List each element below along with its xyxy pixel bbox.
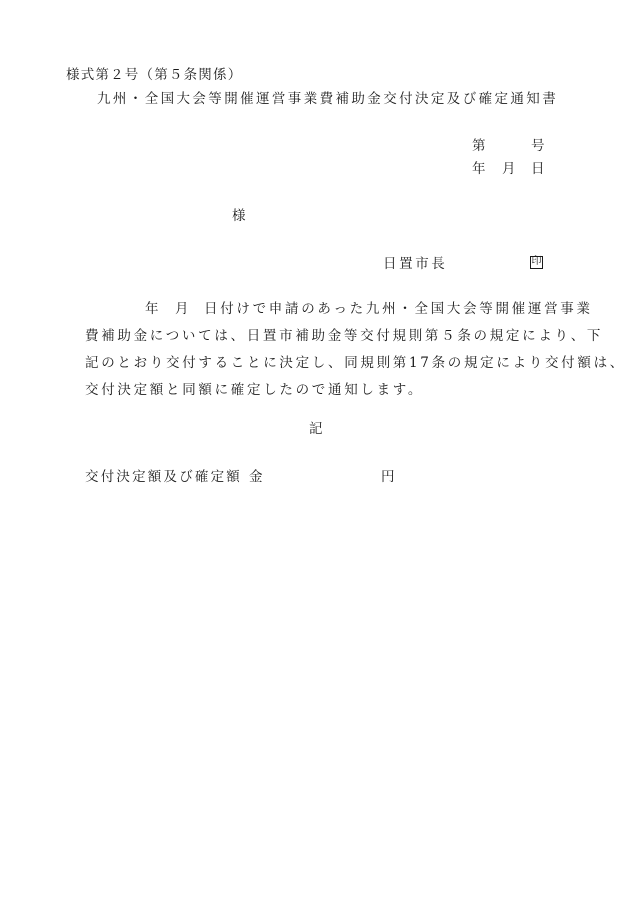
- body-line-3: 記のとおり交付することに決定し、同規則第17条の規定により交付額は、: [85, 354, 626, 372]
- date-day: 日: [531, 160, 546, 178]
- body-line-4: 交付決定額と同額に確定したので通知します。: [85, 381, 424, 399]
- body-month: 月: [175, 300, 191, 318]
- reference-number-go: 号: [531, 137, 546, 155]
- date-month: 月: [502, 160, 517, 178]
- ki-heading: 記: [309, 420, 324, 438]
- reference-number-dai: 第: [472, 137, 487, 155]
- amount-yen: 円: [381, 468, 396, 486]
- seal-icon: 印: [530, 256, 543, 269]
- amount-label: 交付決定額及び確定額: [85, 468, 242, 486]
- date-year: 年: [472, 160, 487, 178]
- body-line-2: 費補助金については、日置市補助金等交付規則第５条の規定により、下: [85, 327, 603, 345]
- form-number: 様式第２号（第５条関係）: [66, 66, 242, 84]
- document-title: 九州・全国大会等開催運営事業費補助金交付決定及び確定通知書: [97, 90, 558, 108]
- sender-name: 日置市長: [383, 255, 447, 273]
- addressee-suffix: 様: [232, 207, 247, 225]
- body-line-1-text: 日付けで申請のあった九州・全国大会等開催運営事業: [204, 300, 593, 318]
- body-year: 年: [145, 300, 161, 318]
- amount-kin: 金: [249, 468, 264, 486]
